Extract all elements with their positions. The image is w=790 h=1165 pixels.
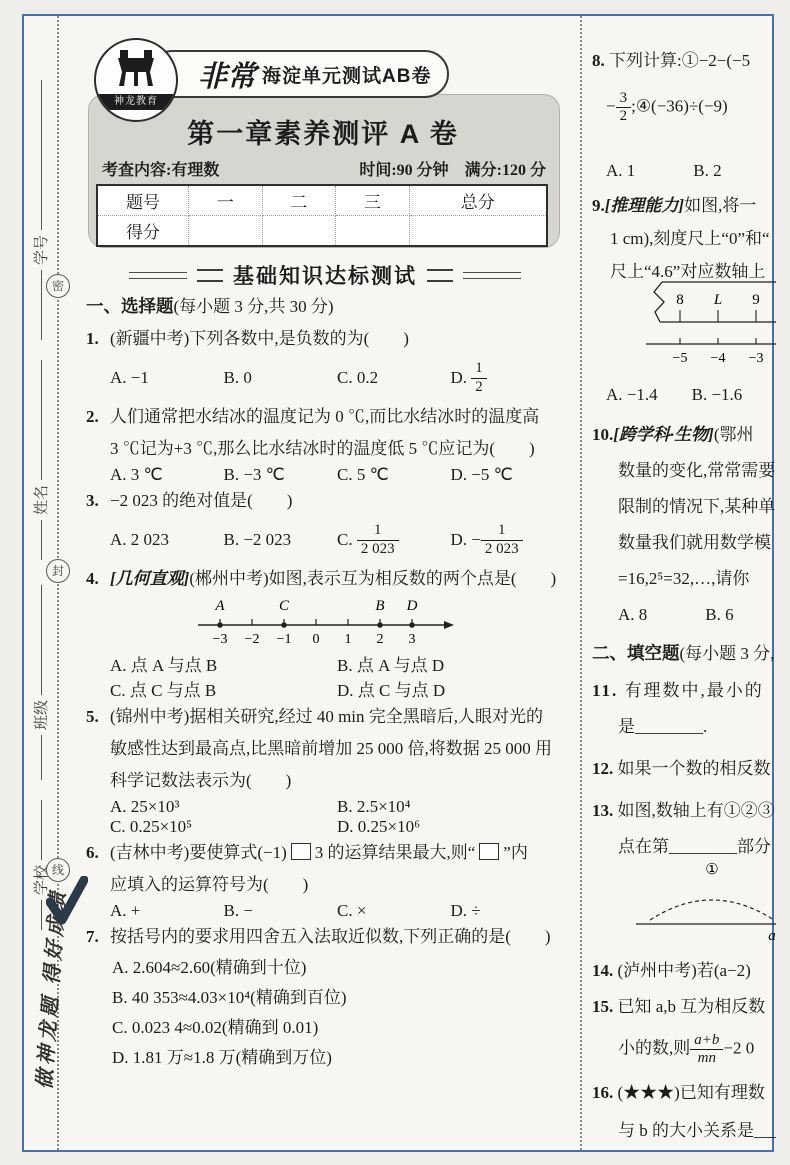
paper-header: 非常 海淀单元测试AB卷 神龙教育 第一章素养测评 A 卷 考查内容:有理数 时…	[86, 28, 564, 250]
question-1-text: (新疆中考)下列各数中,是负数的为( )	[110, 323, 564, 355]
score-cell-2	[262, 216, 336, 247]
q5-option-c: C. 0.25×10⁵	[110, 817, 337, 837]
q3-option-a: A. 2 023	[110, 530, 224, 550]
question-3-text: −2 023 的绝对值是( )	[110, 485, 564, 517]
name-blank	[40, 360, 42, 480]
right-column: 8. 下列计算:①−2−(−5 −32;④(−36)÷(−9) A. 1B. 2…	[592, 28, 776, 1148]
score-col-1: 一	[189, 185, 263, 216]
q3-option-d: D. −12 023	[451, 522, 565, 558]
q6-option-a: A. +	[110, 901, 224, 921]
svg-text:−3: −3	[749, 351, 764, 366]
publisher-logo: 神龙教育	[94, 38, 178, 122]
decorative-line-left-outer	[129, 272, 187, 279]
question-3-options: A. 2 023 B. −2 023 C. 12 023 D. −12 023	[110, 517, 564, 563]
question-8-line1: 8. 下列计算:①−2−(−5	[592, 46, 750, 76]
svg-text:−2: −2	[245, 632, 260, 647]
question-9-line1: 9.[推理能力]如图,将一	[592, 191, 756, 221]
score-table: 题号 一 二 三 总分 得分	[96, 184, 548, 247]
question-1-options: A. −1 B. 0 C. 0.2 D. 12	[110, 355, 564, 401]
student-number-blank	[40, 80, 42, 230]
question-2-options: A. 3 ℃ B. −3 ℃ C. 5 ℃ D. −5 ℃	[110, 465, 564, 485]
question-12-line1: 12. 如果一个数的相反数	[592, 754, 771, 784]
q7-option-d: D. 1.81 万≈1.8 万(精确到万位)	[112, 1043, 564, 1073]
question-2-number: 2.	[86, 401, 110, 465]
question-14-line1: 14. (泸州中考)若(a−2)	[592, 956, 751, 986]
question-4-options-row1: A. 点 A 与点 B B. 点 A 与点 D	[110, 651, 564, 676]
exam-time: 时间:90 分钟	[359, 157, 448, 180]
question-4-number: 4.	[86, 563, 110, 595]
q4-number-line-figure: A C B D −3 −2 −1 0 1 2 3	[196, 595, 564, 651]
q13-number-line-figure: ① a	[634, 860, 776, 952]
question-3-number: 3.	[86, 485, 110, 517]
q1-option-b: B. 0	[224, 368, 338, 388]
q4-option-b: B. 点 A 与点 D	[337, 651, 564, 676]
q2-option-a: A. 3 ℃	[110, 465, 224, 485]
binding-dotted-line-middle	[580, 16, 582, 1150]
part1-heading-rest: (每小题 3 分,共 30 分)	[174, 297, 334, 316]
sidebar-field-name: 姓名	[30, 355, 51, 565]
svg-text:①: ①	[705, 862, 718, 878]
q2-option-d: D. −5 ℃	[451, 465, 565, 485]
question-10-line1: 10.[跨学科·生物](鄂州	[592, 420, 754, 450]
question-16-line1: 16. (★★★)已知有理数	[592, 1078, 765, 1108]
svg-text:9: 9	[752, 292, 760, 308]
decorative-line-right-outer	[463, 272, 521, 279]
question-5-text: (锦州中考)据相关研究,经过 40 min 完全黑暗后,人眼对光的敏感性达到最高…	[110, 701, 564, 797]
question-10-options: A. 8B. 6	[618, 600, 734, 630]
q6-option-b: B. −	[224, 901, 338, 921]
question-2: 2. 人们通常把水结冰的温度记为 0 ℃,而比水结冰时的温度高3 ℃记为+3 ℃…	[86, 401, 564, 465]
seal-char-2: 封	[46, 559, 70, 583]
svg-text:1: 1	[345, 632, 352, 647]
q6-option-d: D. ÷	[451, 901, 565, 921]
svg-text:−5: −5	[673, 351, 688, 366]
question-6: 6. (吉林中考)要使算式(−1)3 的运算结果最大,则“”内应填入的运算符号为…	[86, 837, 564, 901]
question-7-text: 按括号内的要求用四舍五入法取近似数,下列正确的是( )	[110, 921, 564, 953]
question-9-options: A. −1.4B. −1.6	[606, 380, 742, 410]
score-col-total: 总分	[409, 185, 547, 216]
main-column: 非常 海淀单元测试AB卷 神龙教育 第一章素养测评 A 卷 考查内容:有理数 时…	[86, 28, 564, 1073]
exam-scope: 考查内容:有理数	[102, 157, 219, 180]
score-table-header-row: 题号 一 二 三 总分	[97, 185, 547, 216]
question-6-text: (吉林中考)要使算式(−1)3 的运算结果最大,则“”内应填入的运算符号为( )	[110, 837, 564, 901]
question-4-text: [几何直观](郴州中考)如图,表示互为相反数的两个点是( )	[110, 563, 564, 595]
q4-option-c: C. 点 C 与点 B	[110, 676, 337, 701]
question-6-options: A. + B. − C. × D. ÷	[110, 901, 564, 921]
question-10-line5: =16,2⁵=32,…,请你	[618, 564, 749, 594]
svg-text:−4: −4	[711, 351, 726, 366]
question-13-line1: 13. 如图,数轴上有①②③	[592, 796, 775, 826]
svg-text:2: 2	[377, 632, 384, 647]
section-heading: 基础知识达标测试	[86, 260, 564, 290]
question-7-number: 7.	[86, 921, 110, 953]
q1-option-d: D. 12	[451, 360, 565, 396]
svg-text:0: 0	[313, 632, 320, 647]
score-row-label: 得分	[97, 216, 189, 247]
exam-meta: 考查内容:有理数 时间:90 分钟 满分:120 分	[102, 157, 546, 180]
question-13-line2: 点在第________部分	[618, 832, 771, 862]
q7-option-c: C. 0.023 4≈0.02(精确到 0.01)	[112, 1013, 564, 1043]
question-11-line2: 是________.	[618, 712, 707, 742]
question-9-line2: 1 cm),刻度尺上“0”和“	[610, 224, 770, 254]
student-number-label: 学号	[34, 235, 50, 265]
score-table-score-row: 得分	[97, 216, 547, 247]
question-5-options-row2: C. 0.25×10⁵ D. 0.25×10⁶	[110, 817, 564, 837]
section-title: 基础知识达标测试	[233, 260, 417, 290]
part1-heading: 一、选择题(每小题 3 分,共 30 分)	[86, 290, 564, 323]
ding-vessel-icon	[114, 48, 158, 90]
svg-text:A: A	[214, 598, 225, 614]
q2-option-c: C. 5 ℃	[337, 465, 451, 485]
score-col-2: 二	[262, 185, 336, 216]
question-11-line1: 11. 有理数中,最小的	[592, 676, 764, 706]
question-10-line3: 限制的情况下,某种单	[618, 492, 775, 522]
class-label: 班级	[34, 700, 50, 730]
question-8-options: A. 1B. 2	[606, 156, 722, 186]
part2-heading: 二、填空题(每小题 3 分,	[592, 638, 774, 669]
publisher-name: 神龙教育	[96, 94, 176, 110]
q2-option-b: B. −3 ℃	[224, 465, 338, 485]
question-1-number: 1.	[86, 323, 110, 355]
question-1: 1. (新疆中考)下列各数中,是负数的为( )	[86, 323, 564, 355]
q3-option-c: C. 12 023	[337, 522, 451, 558]
seal-char-3: 线	[46, 858, 70, 882]
decorative-line-right-inner	[427, 269, 453, 282]
q4-option-a: A. 点 A 与点 B	[110, 651, 337, 676]
q7-option-b: B. 40 353≈4.03×10⁴(精确到百位)	[112, 983, 564, 1013]
question-4: 4. [几何直观](郴州中考)如图,表示互为相反数的两个点是( )	[86, 563, 564, 595]
decorative-line-left-inner	[197, 269, 223, 282]
paper-title: 第一章素养测评 A 卷	[86, 112, 560, 151]
series-script: 非常	[198, 54, 256, 95]
checkmark-icon	[46, 876, 88, 931]
question-16-line2: 与 b 的大小关系是___	[618, 1116, 776, 1146]
question-5-number: 5.	[86, 701, 110, 797]
scanned-test-paper: 学号 姓名 班级 学校 密 封 线 做神龙题 得好成绩 非常 海淀单元测试AB卷…	[0, 0, 790, 1165]
svg-text:B: B	[375, 598, 384, 614]
question-10-line2: 数量的变化,常常需要	[618, 456, 775, 486]
q3-option-b: B. −2 023	[224, 530, 338, 550]
score-cell-1	[189, 216, 263, 247]
svg-text:a: a	[768, 928, 776, 942]
svg-text:C: C	[279, 598, 290, 614]
name-label: 姓名	[34, 485, 50, 515]
question-3: 3. −2 023 的绝对值是( )	[86, 485, 564, 517]
class-blank	[40, 585, 42, 695]
question-4-options-row2: C. 点 C 与点 B D. 点 C 与点 D	[110, 676, 564, 701]
series-ribbon: 非常 海淀单元测试AB卷	[148, 50, 449, 98]
svg-text:D: D	[406, 598, 418, 614]
operator-box-1	[291, 843, 311, 860]
question-6-number: 6.	[86, 837, 110, 901]
question-5: 5. (锦州中考)据相关研究,经过 40 min 完全黑暗后,人眼对光的敏感性达…	[86, 701, 564, 797]
q4-competency-tag: [几何直观]	[110, 569, 189, 588]
exam-full-score: 满分:120 分	[465, 157, 546, 180]
question-8-line2: −32;④(−36)÷(−9)	[606, 90, 728, 126]
part1-heading-bold: 一、选择题	[86, 296, 174, 316]
svg-text:3: 3	[409, 632, 416, 647]
question-5-options-row1: A. 25×10³ B. 2.5×10⁴	[110, 797, 564, 817]
svg-text:8: 8	[676, 292, 684, 308]
score-cell-3	[336, 216, 410, 247]
q5-option-a: A. 25×10³	[110, 797, 337, 817]
question-15-line1: 15. 已知 a,b 互为相反数	[592, 992, 765, 1022]
question-7: 7. 按括号内的要求用四舍五入法取近似数,下列正确的是( )	[86, 921, 564, 953]
school-blank	[40, 800, 42, 860]
sidebar-field-student-number: 学号	[30, 75, 51, 345]
q6-option-c: C. ×	[337, 901, 451, 921]
score-col-3: 三	[336, 185, 410, 216]
q4-option-d: D. 点 C 与点 D	[337, 676, 564, 701]
q9-ruler-figure: 8 L 9 −5 −4 −3	[646, 280, 776, 382]
svg-text:L: L	[713, 292, 722, 308]
question-2-text: 人们通常把水结冰的温度记为 0 ℃,而比水结冰时的温度高3 ℃记为+3 ℃,那么…	[110, 401, 564, 465]
score-col-question: 题号	[97, 185, 189, 216]
q5-option-d: D. 0.25×10⁶	[337, 817, 564, 837]
q1-option-c: C. 0.2	[337, 368, 451, 388]
question-7-options: A. 2.604≈2.60(精确到十位) B. 40 353≈4.03×10⁴(…	[110, 953, 564, 1073]
q5-option-b: B. 2.5×10⁴	[337, 797, 564, 817]
score-cell-total	[409, 216, 547, 247]
operator-box-2	[479, 843, 499, 860]
question-15-line2: 小的数,则a+bmn−2 0	[618, 1032, 754, 1068]
svg-text:−1: −1	[277, 632, 292, 647]
seal-char-1: 密	[46, 274, 70, 298]
series-name: 海淀单元测试AB卷	[262, 61, 431, 88]
q1-option-a: A. −1	[110, 368, 224, 388]
sidebar-field-class: 班级	[30, 580, 51, 785]
svg-text:−3: −3	[213, 632, 228, 647]
question-10-line4: 数量我们就用数学模	[618, 528, 771, 558]
q7-option-a: A. 2.604≈2.60(精确到十位)	[112, 953, 564, 983]
